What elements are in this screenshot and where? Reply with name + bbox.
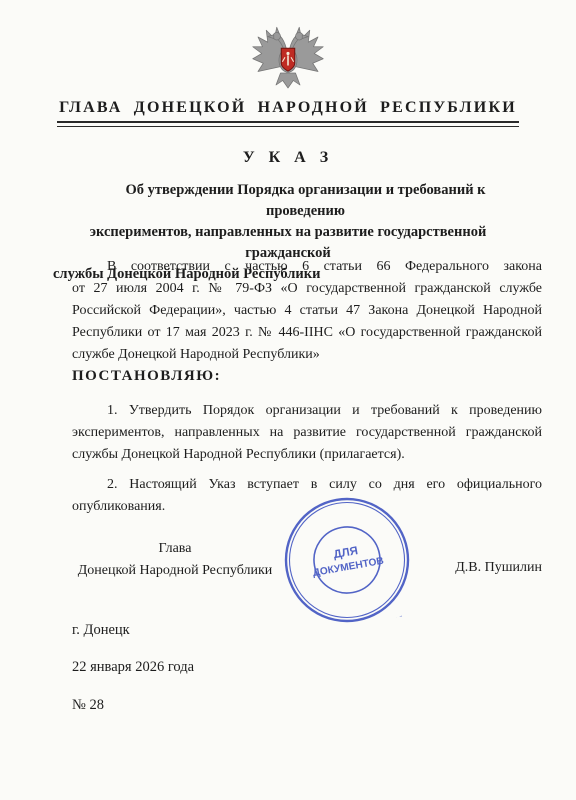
text-line: Российской Федерации», частью 4 статьи 4…	[72, 300, 542, 322]
place-line: г. Донецк	[72, 622, 130, 639]
emblem-shield	[281, 48, 295, 71]
text-line: 1. Утвердить Порядок организации и требо…	[72, 400, 542, 422]
date-line: 22 января 2026 года	[72, 659, 194, 676]
signatory-post-line2: Донецкой Народной Республики	[72, 560, 278, 582]
stamp-outer-ring	[276, 489, 417, 630]
official-round-stamp: ДОНЕЦКАЯ НАРОДНАЯ РЕСПУБЛИКА ✱ ГЛАВА ✱ Д…	[272, 485, 423, 636]
dnr-coat-of-arms	[0, 16, 576, 99]
signatory-post-line1: Глава	[72, 538, 278, 560]
preamble-paragraph: В соответствии с частью 6 статьи 66 Феде…	[72, 256, 542, 366]
decree-document-page: ГЛАВА ДОНЕЦКОЙ НАРОДНОЙ РЕСПУБЛИКИ У К А…	[0, 0, 576, 800]
text-line: от 27 июля 2004 г. № 79-ФЗ «О государств…	[72, 278, 542, 300]
decree-item-1: 1. Утвердить Порядок организации и требо…	[72, 400, 542, 466]
stamp-center-line2: ДОКУМЕНТОВ	[312, 556, 385, 579]
signatory-post: Глава Донецкой Народной Республики	[72, 538, 278, 582]
text-line: Республики от 17 мая 2023 г. № 446-IIНС …	[72, 322, 542, 344]
text-line: экспериментов, направленных на развитие …	[72, 422, 542, 444]
number-line: № 28	[72, 697, 104, 714]
signatory-name: Д.В. Пушилин	[436, 560, 542, 576]
text-line: 2. Настоящий Указ вступает в силу со дня…	[72, 474, 542, 496]
double-headed-eagle-emblem	[243, 16, 333, 94]
text-line: службе Донецкой Народной Республики»	[72, 344, 542, 366]
document-type-title: У К А З	[0, 149, 576, 167]
issuing-authority-heading: ГЛАВА ДОНЕЦКОЙ НАРОДНОЙ РЕСПУБЛИКИ	[0, 99, 576, 117]
text-line: В соответствии с частью 6 статьи 66 Феде…	[72, 256, 542, 278]
resolution-word: ПОСТАНОВЛЯЮ:	[72, 368, 221, 385]
stamp-graphic: ДОНЕЦКАЯ НАРОДНАЯ РЕСПУБЛИКА ✱ ГЛАВА ✱ Д…	[272, 485, 423, 636]
stamp-center-line1: ДЛЯ	[333, 545, 359, 561]
eagle-tail	[276, 73, 300, 88]
header-double-rule	[57, 121, 519, 127]
text-line: Об утверждении Порядка организации и тре…	[53, 180, 523, 222]
text-line: службы Донецкой Народной Республики (при…	[72, 444, 542, 466]
stamp-middle-ring	[280, 493, 413, 626]
